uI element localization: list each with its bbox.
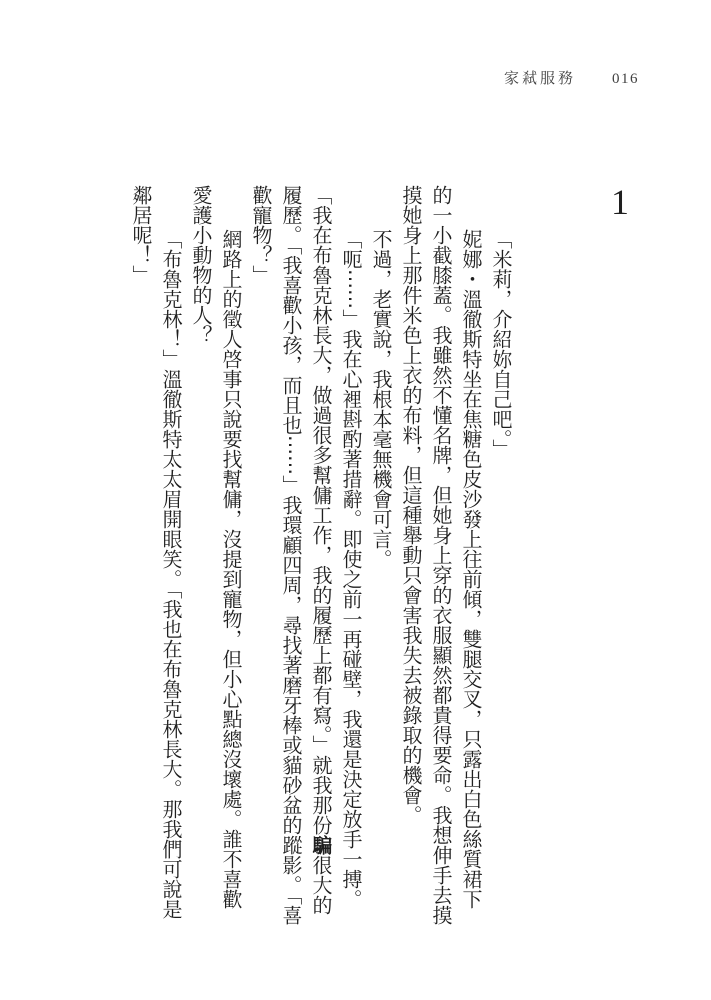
paragraph: 「米莉，介紹妳自己吧。」	[485, 185, 515, 925]
paragraph: 妮娜・溫徹斯特坐在焦糖色皮沙發上往前傾，雙腿交叉，只露出白色絲質裙下的一小截膝蓋…	[395, 185, 485, 925]
paragraph: 網路上的徵人啓事只說要找幫傭，沒提到寵物，但小心點總沒壞處。誰不喜歡愛護小動物的…	[185, 185, 245, 925]
body-text: 「米莉，介紹妳自己吧。」 妮娜・溫徹斯特坐在焦糖色皮沙發上往前傾，雙腿交叉，只露…	[123, 185, 515, 925]
book-title: 家弒服務	[504, 67, 576, 88]
paragraph: 「呃⋯⋯」我在心裡斟酌著措辭。即使之前一再碰壁，我還是決定放手一搏。「我在布魯克…	[245, 185, 365, 925]
page-number: 016	[612, 71, 639, 88]
paragraph: 「布魯克林！」溫徹斯特太太眉開眼笑。「我也在布魯克林長大。那我們可說是鄰居呢！」	[125, 185, 185, 925]
paragraph: 不過，老實說，我根本毫無機會可言。	[365, 185, 395, 925]
running-head: 家弒服務 016	[504, 67, 639, 88]
book-page: 家弒服務 016 1 「米莉，介紹妳自己吧。」 妮娜・溫徹斯特坐在焦糖色皮沙發上…	[0, 0, 711, 1000]
chapter-number: 1	[611, 184, 629, 220]
